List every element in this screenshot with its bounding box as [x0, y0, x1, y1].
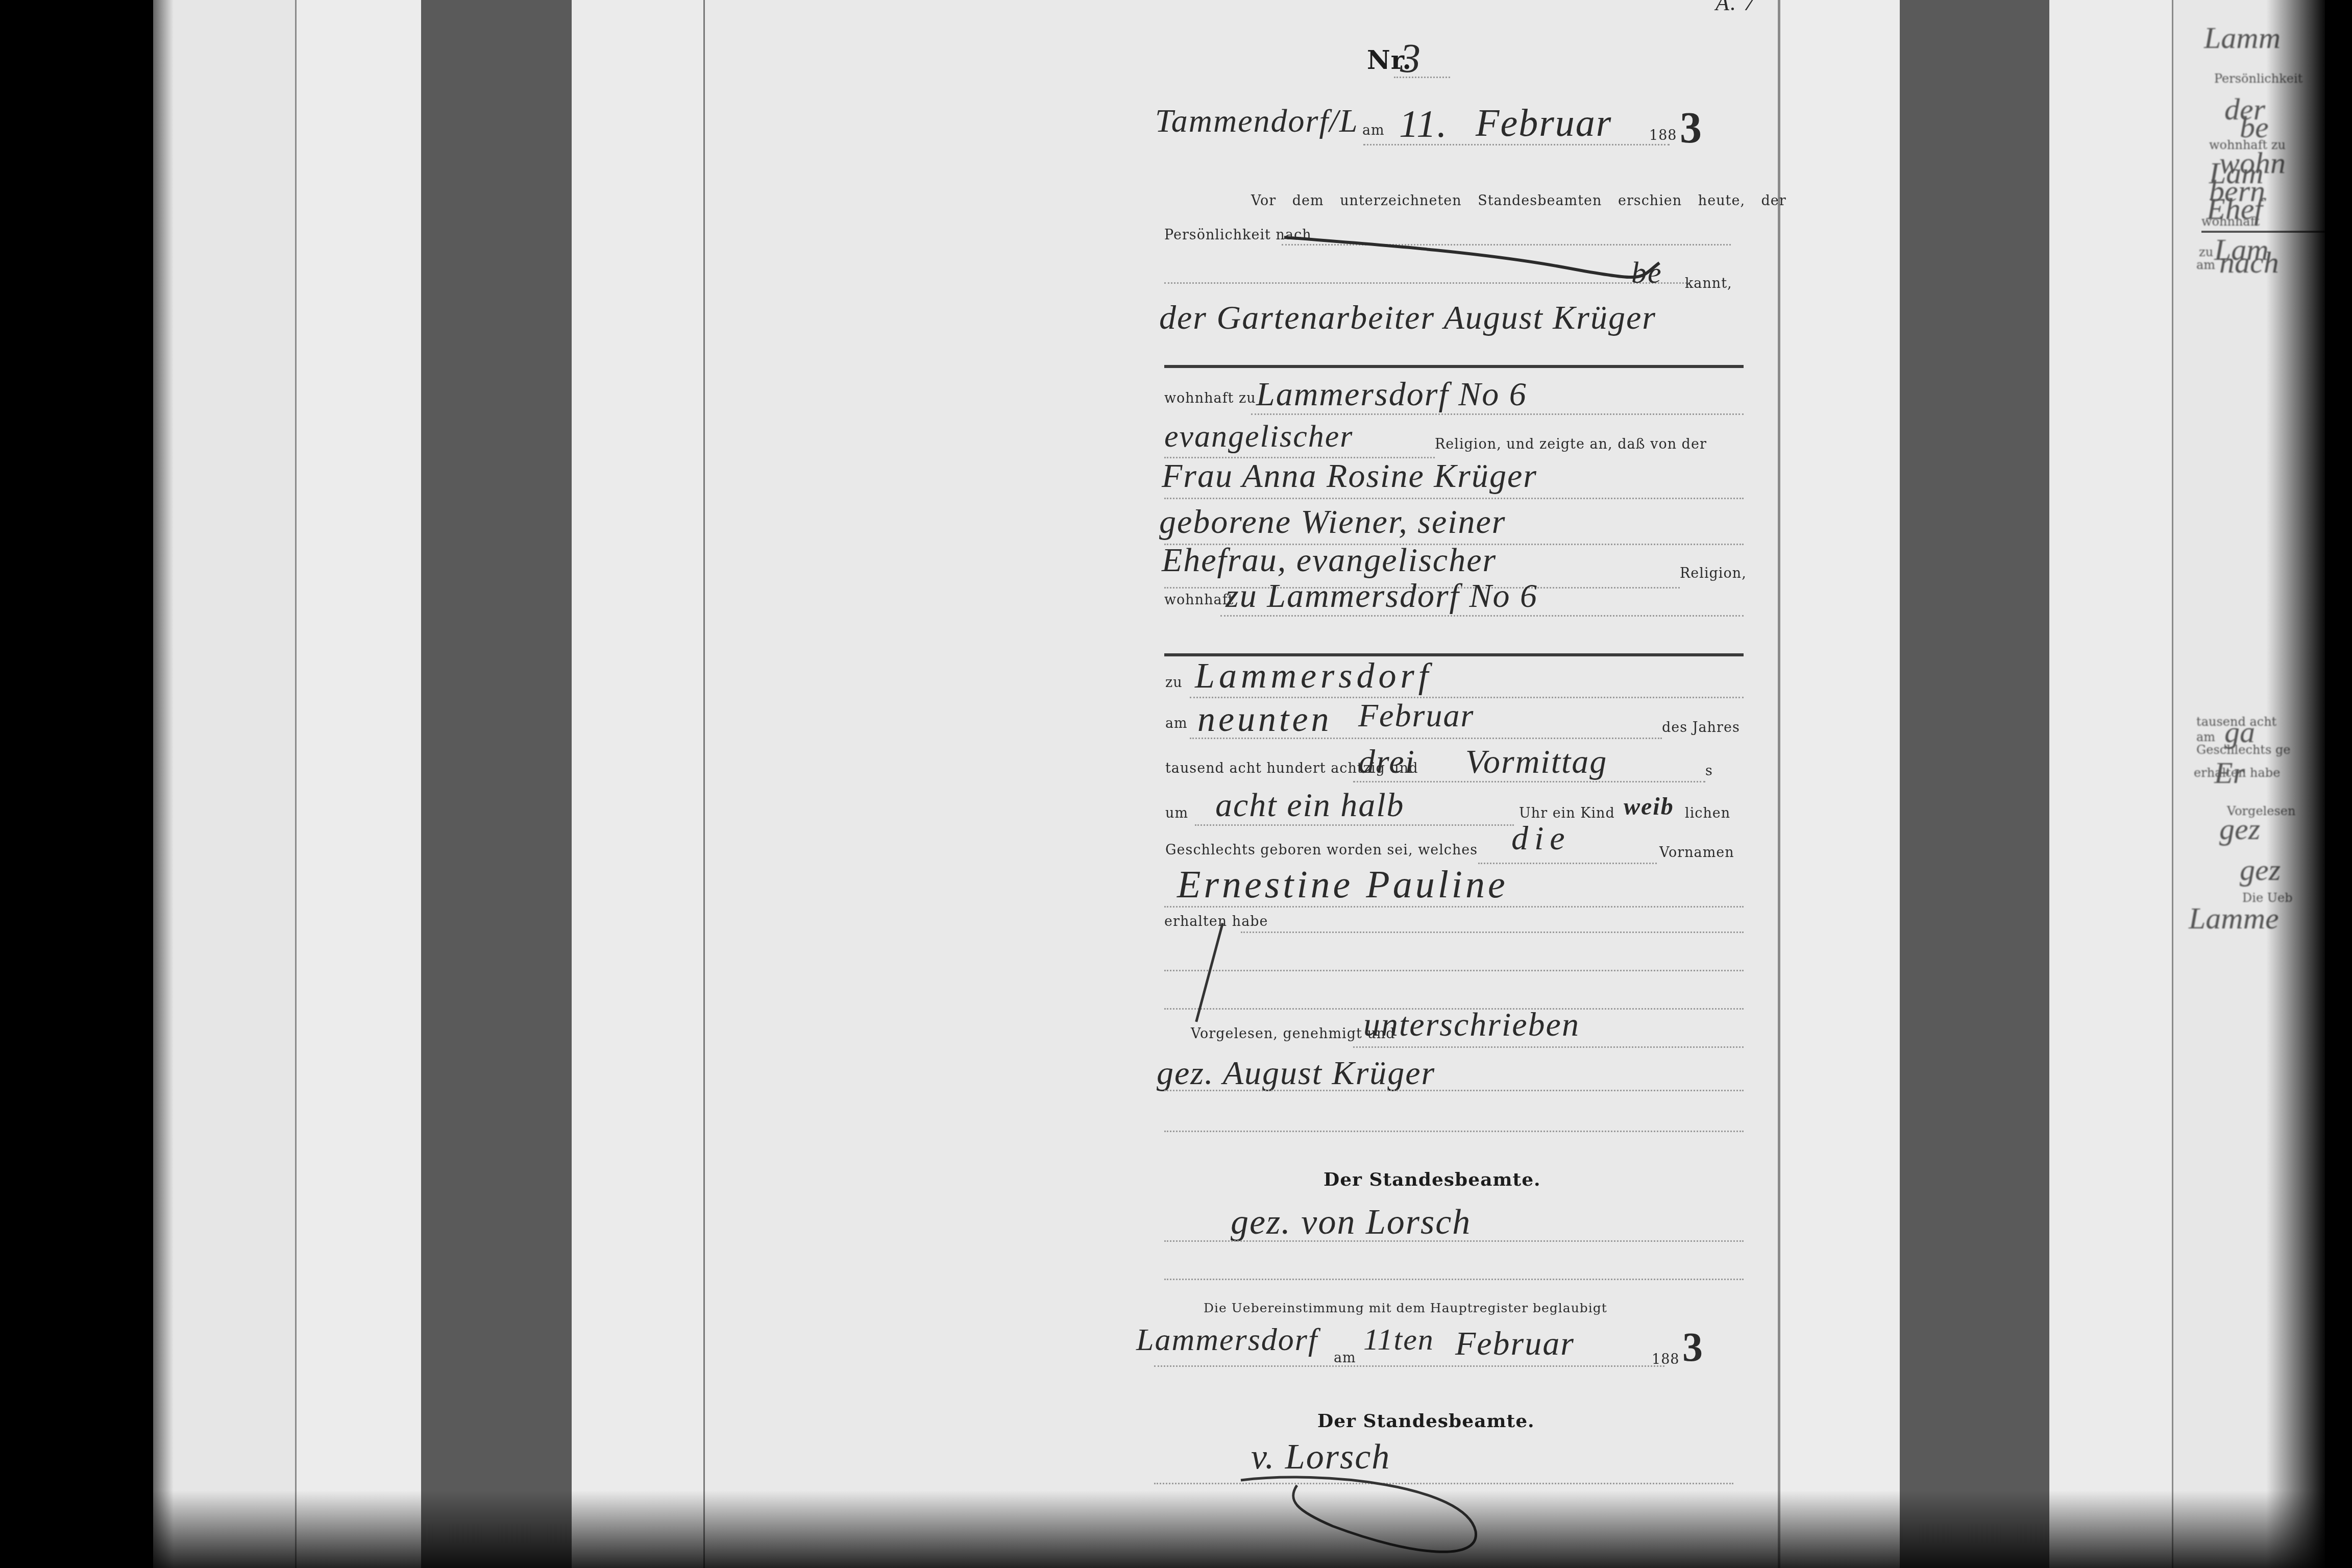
certification-year-suffix: 3 — [1682, 1325, 1704, 1371]
certification-day: 11ten — [1363, 1322, 1434, 1357]
header-date-day: 11. — [1399, 102, 1448, 146]
header-year-suffix: 3 — [1680, 102, 1703, 153]
adjacent-handwriting: gez — [2219, 812, 2260, 847]
right-vignette — [2266, 0, 2352, 1568]
certification-month: Februar — [1455, 1325, 1575, 1363]
residence-2-rule — [1220, 615, 1744, 617]
entry-number: 3 — [1400, 36, 1422, 82]
geschlechts-label: Geschlechts geboren worden sei, welches — [1165, 842, 1478, 858]
mother-line-3: Ehefrau, evangelischer — [1162, 541, 1497, 580]
header-year-prefix: 188 — [1649, 128, 1677, 143]
fill-dash-stroke — [1282, 232, 1670, 288]
left-vignette — [0, 0, 174, 1568]
given-names: Ernestine Pauline — [1177, 863, 1508, 907]
entry-number-rule — [1394, 77, 1450, 78]
birth-time-rule — [1195, 824, 1514, 826]
adjacent-handwriting: Lamme — [2189, 901, 2279, 936]
left-paper-strip-1 — [153, 0, 296, 1568]
header-place: Tammendorf/Lammersdorf (Kurrent) — [1155, 102, 1359, 140]
registrar-title-1: Der Standesbeamte. — [1324, 1169, 1541, 1190]
mother-1-rule — [1164, 498, 1744, 499]
left-paper-strip-2 — [297, 0, 421, 1568]
intro-line-1: Vor dem unterzeichneten Standesbeamten e… — [1251, 193, 1786, 209]
left-paper-strip-3 — [572, 0, 703, 1568]
birth-month: Februar — [1358, 697, 1474, 734]
wohnhaft-zu-label: wohnhaft zu — [1164, 390, 1256, 406]
erhalten-habe-label: erhalten habe — [1164, 914, 1268, 929]
adjacent-printed: zu — [2199, 245, 2213, 259]
am-label: am — [1165, 716, 1188, 731]
birth-time: acht ein halb — [1215, 786, 1405, 825]
corner-mark: A. 7 — [1716, 0, 1756, 16]
lichen-suffix: lichen — [1685, 805, 1730, 821]
s-suffix: s — [1705, 763, 1713, 779]
religion-1: evangelischer — [1164, 419, 1353, 455]
vorgelesen-rule — [1353, 1046, 1744, 1048]
birth-place: Lammersdorf — [1195, 656, 1432, 697]
religion-und-label: Religion, und zeigte an, daß von der — [1435, 436, 1707, 452]
right-grey-band — [1900, 0, 2049, 1568]
kannt-rule — [1164, 282, 1690, 284]
registrar-signature-1: gez. von Lorsch — [1231, 1202, 1471, 1243]
adjacent-printed: am — [2196, 730, 2215, 744]
sex: weib — [1624, 793, 1674, 821]
kannt-suffix: kannt, — [1685, 276, 1732, 291]
cancel-stroke — [1195, 923, 1224, 1022]
birth-year-word: drei — [1358, 743, 1415, 781]
section-divider-1 — [1164, 365, 1744, 368]
header-rule — [1363, 144, 1670, 145]
vornamen-label: Vornamen — [1659, 845, 1734, 861]
year-rule — [1353, 781, 1705, 782]
header-am-label: am — [1362, 122, 1385, 138]
birth-date-rule — [1190, 738, 1662, 739]
residence-1: Lammersdorf No 6 — [1256, 375, 1527, 414]
bottom-vignette — [0, 1490, 2352, 1568]
registrar-1-rule — [1164, 1240, 1744, 1242]
informant-signature: gez. August Krüger — [1157, 1054, 1435, 1093]
um-label: um — [1165, 805, 1188, 821]
time-of-day: Vormittag — [1465, 743, 1607, 781]
right-paper-strip-2 — [2049, 0, 2172, 1568]
signed-word: unterschrieben — [1363, 1006, 1580, 1044]
header-date-month: Februar — [1476, 101, 1612, 145]
blank-rule — [1164, 1131, 1744, 1132]
residence-1-rule — [1251, 413, 1744, 415]
informant-name: der Gartenarbeiter August Krüger — [1159, 299, 1656, 337]
des-jahres-label: des Jahres — [1662, 720, 1740, 736]
certification-label: Die Uebereinstimmung mit dem Hauptregist… — [1204, 1301, 1607, 1315]
residence-2: zu Lammersdorf No 6 — [1226, 577, 1538, 616]
certification-rule — [1154, 1365, 1664, 1367]
given-names-rule — [1164, 906, 1744, 908]
certification-place: Lammersdorf — [1136, 1322, 1318, 1358]
left-grey-band — [421, 0, 572, 1568]
birth-day: neunten — [1197, 699, 1332, 740]
adjacent-printed: wohnhaft — [2201, 214, 2260, 229]
religion-2-label: Religion, — [1680, 566, 1747, 581]
erhalten-rule-1 — [1241, 932, 1744, 933]
registrar-title-2: Der Standesbeamte. — [1317, 1410, 1535, 1432]
mother-line-2: geborene Wiener, seiner — [1159, 503, 1506, 542]
article: die — [1511, 819, 1571, 858]
zu-label: zu — [1165, 675, 1183, 691]
erhalten-rule-2 — [1164, 970, 1744, 971]
registrar-1-rule-2 — [1164, 1279, 1744, 1280]
mother-line-1: Frau Anna Rosine Krüger — [1162, 457, 1537, 496]
wohnhaft-label: wohnhaft — [1164, 592, 1234, 608]
register-page: A. 7 Nr. 3 Tammendorf/Lammersdorf (Kurre… — [703, 0, 1780, 1568]
right-paper-strip-1 — [1780, 0, 1900, 1568]
bekannt-prefix: be — [1631, 255, 1662, 290]
certification-am-label: am — [1334, 1350, 1356, 1366]
informant-signature-rule — [1164, 1090, 1744, 1091]
adjacent-printed: am — [2196, 258, 2215, 272]
